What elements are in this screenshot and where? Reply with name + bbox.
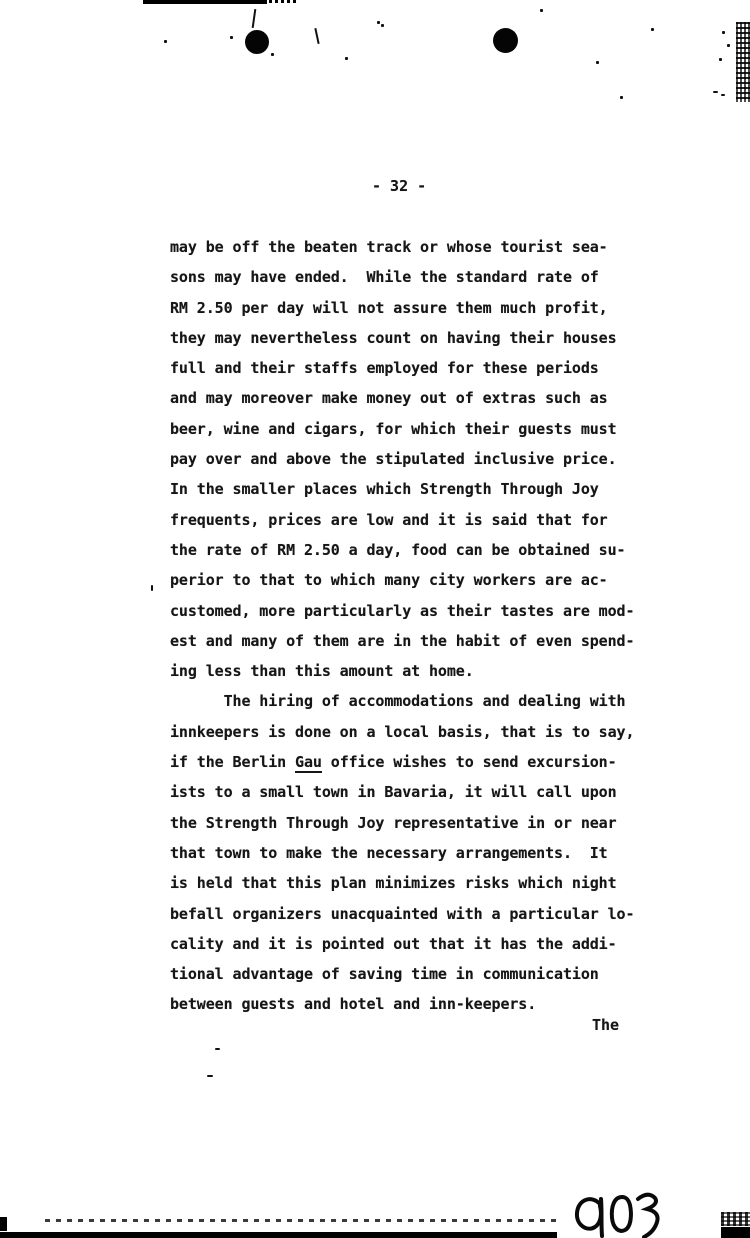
scan-speck xyxy=(620,96,623,99)
top-edge-dash-artifact xyxy=(269,0,297,3)
bottom-right-smudge-artifact xyxy=(721,1212,750,1226)
text-line: ing less than this amount at home. xyxy=(170,656,634,686)
text-line: innkeepers is done on a local basis, tha… xyxy=(170,717,634,747)
text-line: frequents, prices are low and it is said… xyxy=(170,505,634,535)
text-line: the rate of RM 2.50 a day, food can be o… xyxy=(170,535,634,565)
text-line: cality and it is pointed out that it has… xyxy=(170,929,634,959)
text-line: between guests and hotel and inn-keepers… xyxy=(170,989,634,1019)
right-edge-smudge-artifact xyxy=(736,22,750,102)
scan-speck xyxy=(727,44,730,47)
scan-speck xyxy=(719,58,722,61)
scan-speck xyxy=(230,36,233,39)
handwritten-note xyxy=(568,1190,672,1238)
text-line: and may moreover make money out of extra… xyxy=(170,383,634,413)
text-line: sons may have ended. While the standard … xyxy=(170,262,634,292)
scan-speck xyxy=(345,57,348,60)
text-line: may be off the beaten track or whose tou… xyxy=(170,232,634,262)
bottom-right-bar-artifact xyxy=(721,1227,750,1238)
punch-hole-right xyxy=(493,28,518,53)
scan-speck xyxy=(651,28,654,31)
bottom-edge-bar-artifact xyxy=(0,1232,557,1238)
scan-speck xyxy=(215,1048,220,1050)
text-line: that town to make the necessary arrangem… xyxy=(170,838,634,868)
text-line: if the Berlin Gau office wishes to send … xyxy=(170,747,634,777)
text-line: full and their staffs employed for these… xyxy=(170,353,634,383)
text-line: pay over and above the stipulated inclus… xyxy=(170,444,634,474)
text-line: they may nevertheless count on having th… xyxy=(170,323,634,353)
scan-stroke-mark xyxy=(252,9,257,28)
text-line: customed, more particularly as their tas… xyxy=(170,596,634,626)
text-line: In the smaller places which Strength Thr… xyxy=(170,474,634,504)
scan-speck xyxy=(713,91,718,93)
scan-speck xyxy=(164,40,167,43)
scan-speck xyxy=(596,61,599,64)
text-line: is held that this plan minimizes risks w… xyxy=(170,868,634,898)
bottom-dotted-line-artifact xyxy=(45,1219,557,1222)
scanned-document-page: - 32 - may be off the beaten track or wh… xyxy=(0,0,750,1238)
text-segment: office wishes to send excursion- xyxy=(322,753,617,771)
text-line: ists to a small town in Bavaria, it will… xyxy=(170,777,634,807)
text-line: The hiring of accommodations and dealing… xyxy=(170,686,634,716)
text-line: perior to that to which many city worker… xyxy=(170,565,634,595)
scan-speck xyxy=(540,9,543,12)
scan-speck xyxy=(207,1075,213,1077)
scan-speck xyxy=(377,21,380,24)
scan-speck xyxy=(381,24,384,27)
scan-speck xyxy=(151,585,153,591)
text-line: befall organizers unacquainted with a pa… xyxy=(170,899,634,929)
scan-stroke-mark xyxy=(314,28,319,44)
scan-speck xyxy=(721,94,725,96)
text-line: the Strength Through Joy representative … xyxy=(170,808,634,838)
page-number: - 32 - xyxy=(372,177,426,195)
underlined-term: Gau xyxy=(295,753,322,773)
top-edge-bar-artifact xyxy=(143,0,267,4)
text-line: tional advantage of saving time in commu… xyxy=(170,959,634,989)
text-line: RM 2.50 per day will not assure them muc… xyxy=(170,293,634,323)
catchword: The xyxy=(592,1016,619,1034)
punch-hole-left xyxy=(245,30,269,54)
text-segment: if the Berlin xyxy=(170,753,295,771)
scan-speck xyxy=(271,53,274,56)
text-line: est and many of them are in the habit of… xyxy=(170,626,634,656)
document-lines: may be off the beaten track or whose tou… xyxy=(170,232,634,1020)
bottom-left-block-artifact xyxy=(0,1217,7,1231)
scan-speck xyxy=(722,31,725,34)
text-line: beer, wine and cigars, for which their g… xyxy=(170,414,634,444)
